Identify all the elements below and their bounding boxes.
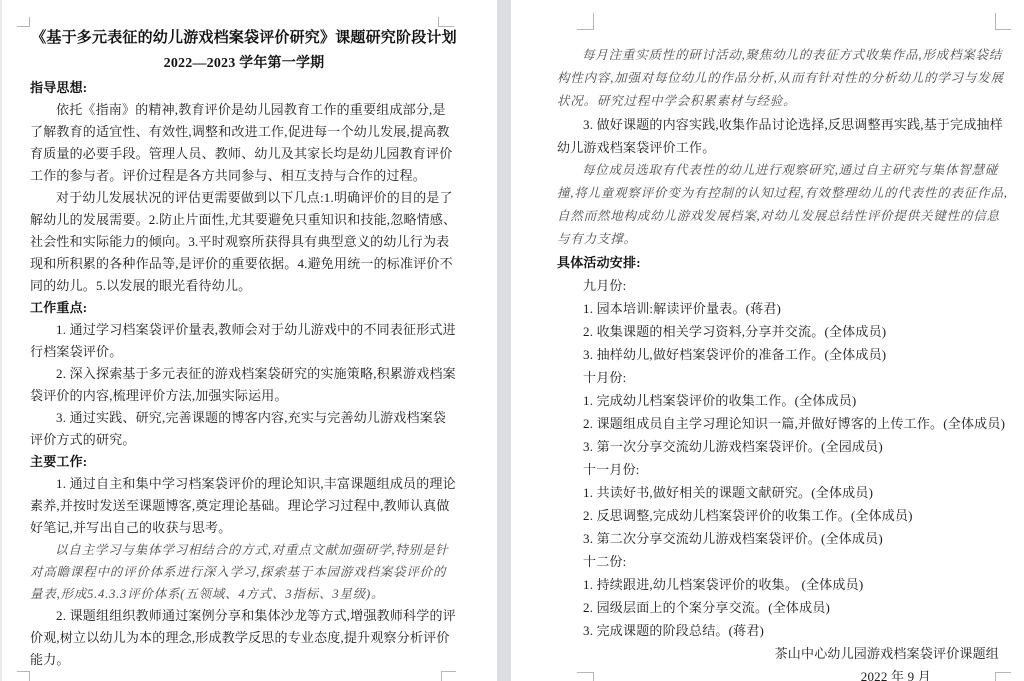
paragraph: 对于幼儿发展状况的评估更需要做到以下几点:1.明确评价的目的是了解幼儿的发展需要… [30, 187, 458, 297]
list-item: 1. 完成幼儿档案袋评价的收集工作。(全体成员) [583, 389, 1009, 412]
page-2: 每月注重实质性的研讨活动,聚焦幼儿的表征方式收集作品,形成档案袋结构性内容,加强… [511, 0, 1024, 681]
italic-note-paragraph: 每位成员选取有代表性的幼儿进行观察研究,通过自主研究与集体智慧碰撞,将儿童观察评… [557, 159, 1009, 251]
list-item: 3. 第二次分享交流幼儿游戏档案袋评价。(全体成员) [583, 527, 1009, 550]
month-subheading-november: 十一月份: [583, 458, 1009, 481]
list-item: 2. 反思调整,完成幼儿档案袋评价的收集工作。(全体成员) [583, 504, 1009, 527]
list-item: 3. 完成课题的阶段总结。(蒋君) [583, 619, 1009, 642]
page-1: 《基于多元表征的幼儿游戏档案袋评价研究》课题研究阶段计划 2022—2023 学… [2, 0, 497, 681]
paragraph: 依托《指南》的精神,教育评价是幼儿园教育工作的重要组成部分,是了解教育的适宜性、… [30, 99, 458, 187]
list-item: 2. 课题组成员自主学习理论知识一篇,并做好博客的上传工作。(全体成员) [583, 412, 1009, 435]
list-item: 1. 持续跟进,幼儿档案袋评价的收集。 (全体成员) [583, 573, 1009, 596]
list-paragraph: 2. 深入探索基于多元表征的游戏档案袋研究的实施策略,积累游戏档案袋评价的内容,… [30, 363, 458, 407]
list-item: 1. 园本培训:解读评价量表。(蒋君) [583, 297, 1009, 320]
list-item: 2. 园级层面上的个案分享交流。(全体成员) [583, 596, 1009, 619]
month-subheading-december: 十二份: [583, 550, 1009, 573]
page-1-content: 《基于多元表征的幼儿游戏档案袋评价研究》课题研究阶段计划 2022—2023 学… [30, 26, 458, 671]
list-paragraph: 3. 做好课题的内容实践,收集作品讨论选择,反思调整再实践,基于完成抽样幼儿游戏… [557, 113, 1009, 159]
document-title: 《基于多元表征的幼儿游戏档案袋评价研究》课题研究阶段计划 [30, 26, 458, 50]
margin-cropmark-top-left [577, 13, 594, 30]
document-subtitle: 2022—2023 学年第一学期 [30, 53, 458, 75]
list-item: 3. 第一次分享交流幼儿游戏档案袋评价。(全园成员) [583, 435, 1009, 458]
list-paragraph: 2. 课题组组织教师通过案例分享和集体沙龙等方式,增强教师科学的评价观,树立以幼… [30, 605, 458, 671]
margin-cropmark-bottom-right [441, 671, 456, 681]
month-subheading-october: 十月份: [583, 366, 1009, 389]
section-heading-activity-schedule: 具体活动安排: [557, 251, 1009, 274]
margin-cropmark-top-right [995, 13, 1011, 30]
page-2-content: 每月注重实质性的研讨活动,聚焦幼儿的表征方式收集作品,形成档案袋结构性内容,加强… [557, 44, 1009, 681]
signature-line: 茶山中心幼儿园游戏档案袋评价课题组 [557, 642, 1009, 665]
section-heading-main-work: 主要工作: [30, 451, 458, 473]
italic-note-paragraph: 每月注重实质性的研讨活动,聚焦幼儿的表征方式收集作品,形成档案袋结构性内容,加强… [557, 44, 1009, 113]
date-line: 2022 年 9 月 [557, 665, 1009, 681]
italic-note-paragraph: 以自主学习与集体学习相结合的方式,对重点文献加强研学,特别是针对高瞻课程中的评价… [30, 539, 458, 605]
margin-cropmark-top-left [17, 17, 30, 27]
list-paragraph: 3. 通过实践、研究,完善课题的博客内容,充实与完善幼儿游戏档案袋评价方式的研究… [30, 407, 458, 451]
list-paragraph: 1. 通过自主和集中学习档案袋评价的理论知识,丰富课题组成员的理论素养,并按时发… [30, 473, 458, 539]
page-gap-divider [497, 0, 511, 681]
list-item: 3. 抽样幼儿,做好档案袋评价的准备工作。(全体成员) [583, 343, 1009, 366]
list-item: 2. 收集课题的相关学习资料,分享并交流。(全体成员) [583, 320, 1009, 343]
section-heading-work-focus: 工作重点: [30, 297, 458, 319]
list-paragraph: 1. 通过学习档案袋评价量表,教师会对于幼儿游戏中的不同表征形式进行档案袋评价。 [30, 319, 458, 363]
month-subheading-september: 九月份: [583, 274, 1009, 297]
list-item: 1. 共读好书,做好相关的课题文献研究。(全体成员) [583, 481, 1009, 504]
section-heading-guiding-ideas: 指导思想: [30, 77, 458, 99]
margin-cropmark-bottom-left [17, 671, 30, 681]
